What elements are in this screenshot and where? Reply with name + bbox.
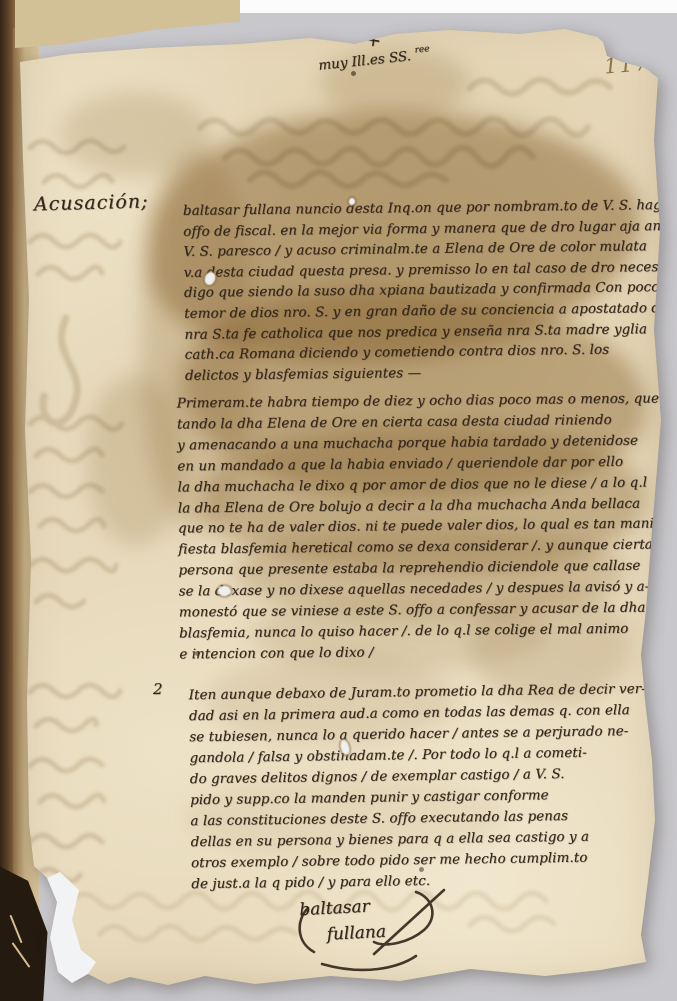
folio-annotation: 10 [654,40,669,53]
photograph-background: 5.a Elena de Ore —— + muy Ill.es SS. ree… [0,0,677,1001]
ink-specks [0,0,3,3]
archival-name-label: 5.a Elena de Ore —— [6,10,153,30]
manuscript-page: 5.a Elena de Ore —— + muy Ill.es SS. ree… [0,0,677,1001]
paper-hole [218,586,231,596]
page-edge-shading [0,0,677,1001]
paper-hole [349,198,355,205]
manuscript-page-wrapper: 5.a Elena de Ore —— + muy Ill.es SS. ree… [0,0,677,1001]
